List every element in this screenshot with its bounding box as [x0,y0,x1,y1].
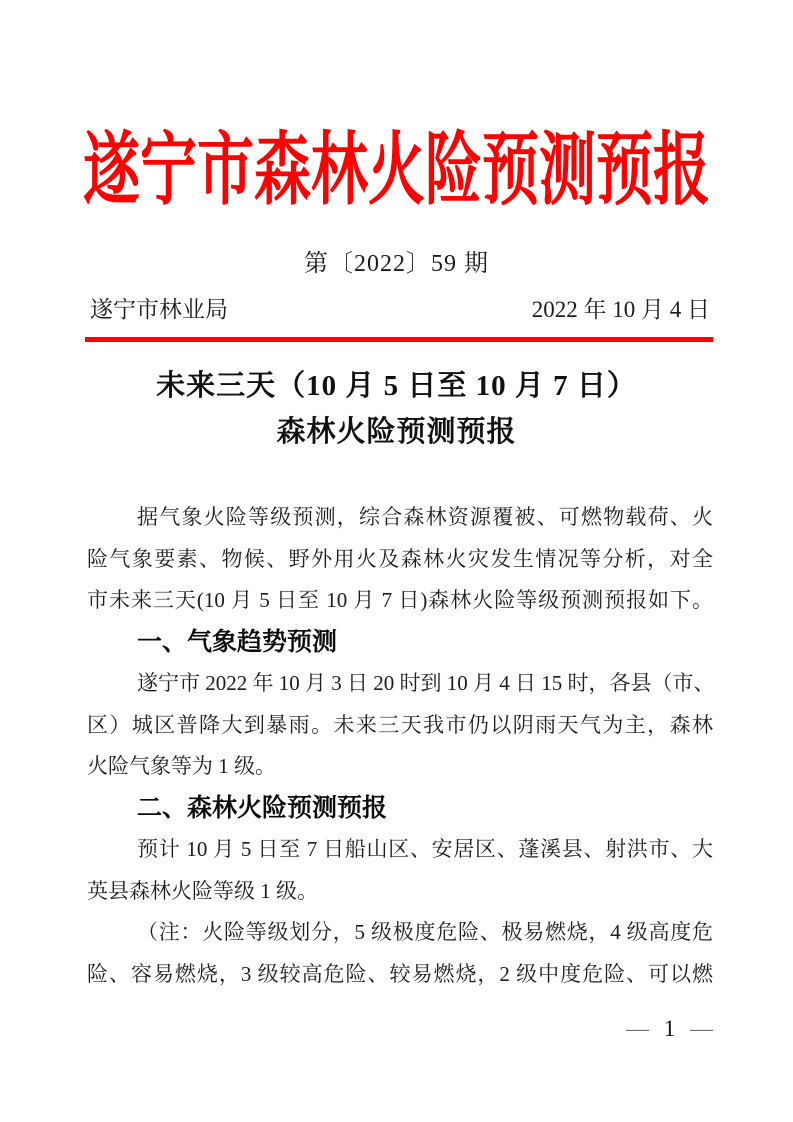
paragraph: 预计 10 月 5 日至 7 日船山区、安居区、蓬溪县、射洪市、大英县森林火险等… [87,829,713,912]
issue-number: 第〔2022〕59 期 [0,243,793,278]
page-number: — 1 — [626,1016,713,1042]
document-body: 据气象火险等级预测，综合森林资源覆被、可燃物载荷、火险气象要素、物候、野外用火及… [87,497,713,995]
section-heading: 一、气象趋势预测 [87,622,713,664]
publisher-row: 遂宁市林业局 2022 年 10 月 4 日 [90,291,710,324]
masthead-title: 遂宁市森林火险预测预报 [0,106,793,221]
paragraph: 据气象火险等级预测，综合森林资源覆被、可燃物载荷、火险气象要素、物候、野外用火及… [87,497,713,622]
paragraph: 遂宁市 2022 年 10 月 3 日 20 时到 10 月 4 日 15 时，… [87,663,713,788]
agency-name: 遂宁市林业局 [90,291,228,324]
page-number-value: 1 [664,1016,676,1041]
page-number-dash-right: — [690,1016,713,1041]
text-line: 预计 10 月 5 日至 7 日船山区、安居区、蓬溪县、射洪市、大 [87,829,713,871]
text-line: （注：火险等级划分，5 级极度危险、极易燃烧，4 级高度危 [87,912,713,954]
document-title-line2: 森林火险预测预报 [0,409,793,455]
issue-date: 2022 年 10 月 4 日 [532,291,710,324]
document-title-line1: 未来三天（10 月 5 日至 10 月 7 日） [0,363,793,409]
page-number-dash-left: — [626,1016,649,1041]
document-title: 未来三天（10 月 5 日至 10 月 7 日） 森林火险预测预报 [0,363,793,455]
text-line: 英县森林火险等级 1 级。 [87,871,713,913]
paragraph: （注：火险等级划分，5 级极度危险、极易燃烧，4 级高度危险、容易燃烧，3 级较… [87,912,713,995]
section-heading: 二、森林火险预测预报 [87,788,713,830]
text-line: 火险气象等为 1 级。 [87,746,713,788]
text-line: 据气象火险等级预测，综合森林资源覆被、可燃物载荷、火 [87,497,713,539]
text-line: 遂宁市 2022 年 10 月 3 日 20 时到 10 月 4 日 15 时，… [87,663,713,705]
text-line: 险气象要素、物候、野外用火及森林火灾发生情况等分析，对全 [87,539,713,581]
text-line: 市未来三天(10 月 5 日至 10 月 7 日)森林火险等级预测预报如下。 [87,580,713,622]
red-divider [85,337,713,342]
document-page: 遂宁市森林火险预测预报 第〔2022〕59 期 遂宁市林业局 2022 年 10… [0,0,793,1122]
text-line: 区）城区普降大到暴雨。未来三天我市仍以阴雨天气为主，森林 [87,705,713,747]
text-line: 险、容易燃烧，3 级较高危险、较易燃烧，2 级中度危险、可以燃 [87,954,713,996]
